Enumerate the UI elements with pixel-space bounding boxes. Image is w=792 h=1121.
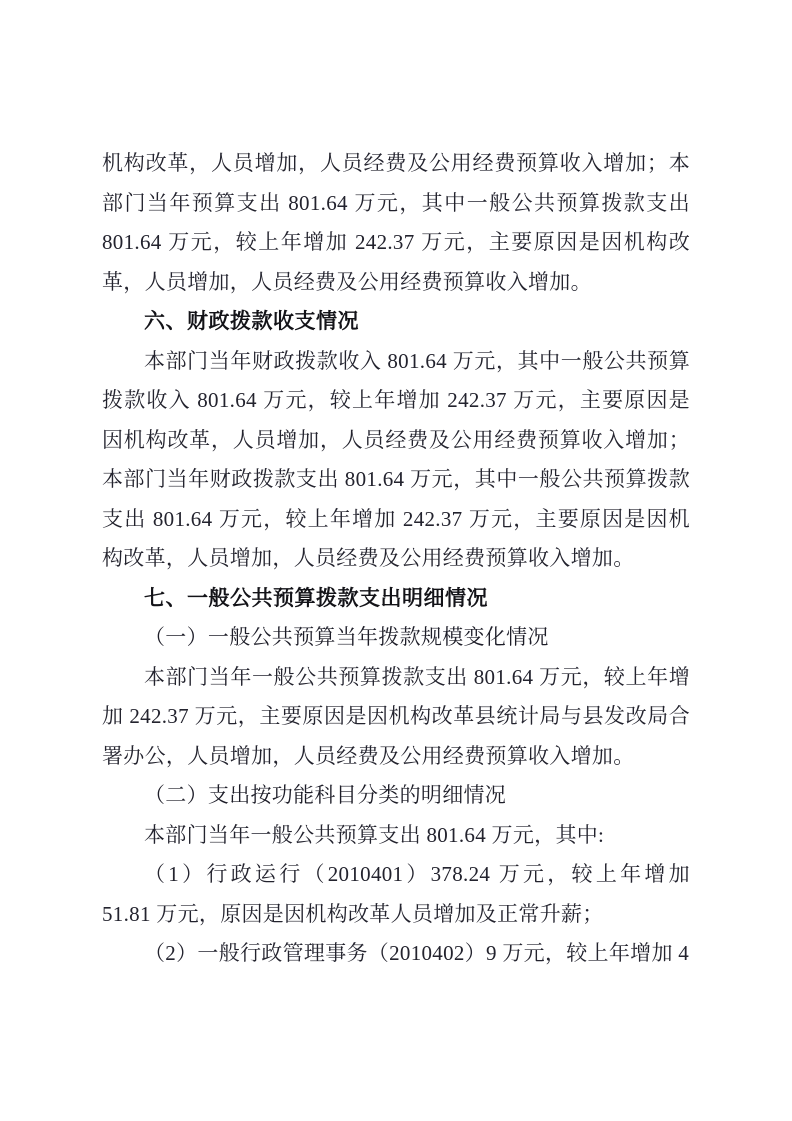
paragraph-item-2-general-admin-affairs: （2）一般行政管理事务（2010402）9 万元，较上年增加 4: [102, 934, 690, 974]
paragraph-fiscal-appropriation-detail: 本部门当年财政拨款收入 801.64 万元，其中一般公共预算拨款收入 801.6…: [102, 342, 690, 579]
section-heading-seven-public-budget-detail: 七、一般公共预算拨款支出明细情况: [102, 579, 690, 619]
paragraph-appropriation-scale-change: 本部门当年一般公共预算拨款支出 801.64 万元，较上年增加 242.37 万…: [102, 658, 690, 777]
subheading-one-appropriation-scale-change: （一）一般公共预算当年拨款规模变化情况: [102, 618, 690, 658]
document-page: 机构改革，人员增加，人员经费及公用经费预算收入增加；本部门当年预算支出 801.…: [0, 0, 792, 1121]
paragraph-budget-expenditure-continuation: 机构改革，人员增加，人员经费及公用经费预算收入增加；本部门当年预算支出 801.…: [102, 144, 690, 302]
paragraph-expenditure-total: 本部门当年一般公共预算支出 801.64 万元，其中:: [102, 816, 690, 856]
paragraph-item-1-administrative-operation: （1）行政运行（2010401）378.24 万元，较上年增加 51.81 万元…: [102, 855, 690, 934]
subheading-two-expenditure-by-function: （二）支出按功能科目分类的明细情况: [102, 776, 690, 816]
document-body: 机构改革，人员增加，人员经费及公用经费预算收入增加；本部门当年预算支出 801.…: [102, 144, 690, 974]
section-heading-six-fiscal-appropriation: 六、财政拨款收支情况: [102, 302, 690, 342]
